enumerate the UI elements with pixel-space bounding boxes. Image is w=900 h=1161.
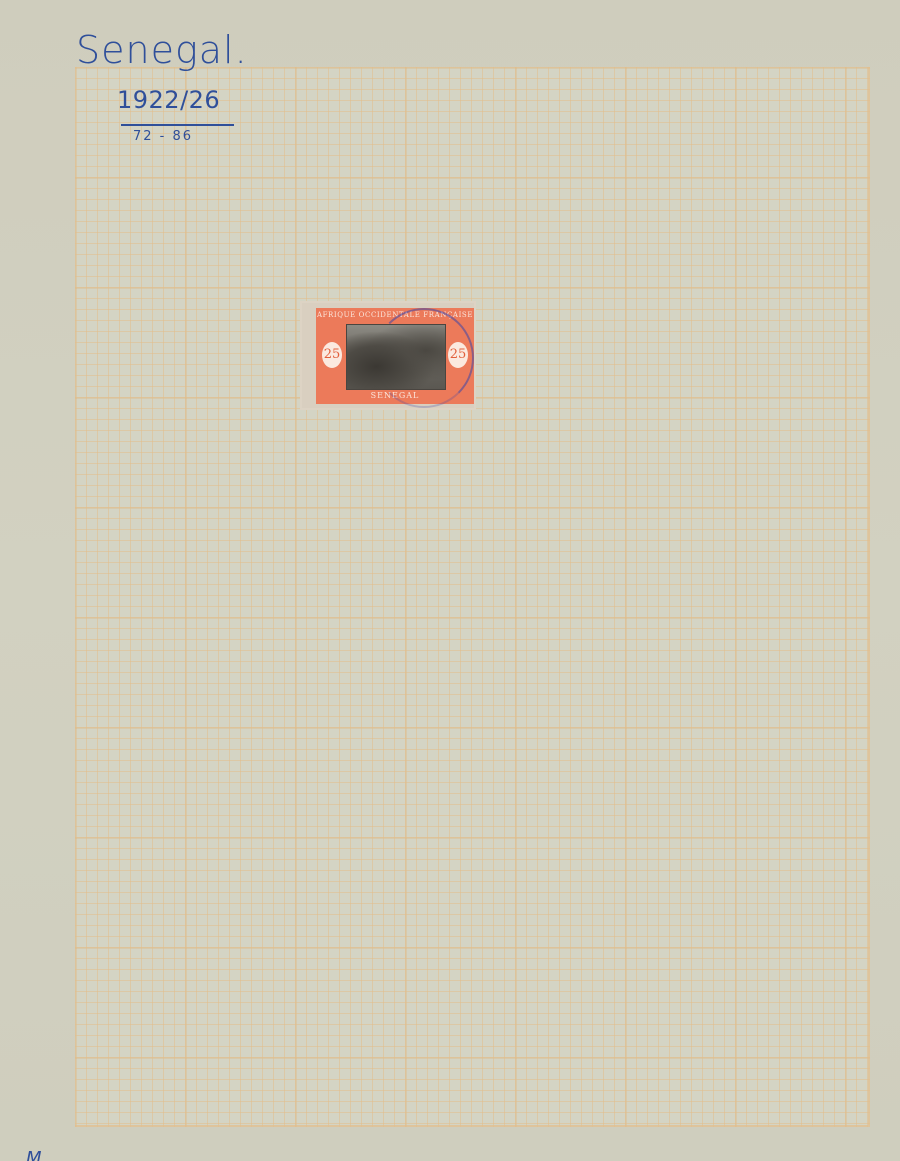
catalog-numbers: 72 - 86	[133, 129, 193, 144]
stamp-value-left: 25	[322, 342, 342, 368]
issue-years: 1922/26	[117, 86, 220, 114]
postage-stamp[interactable]: AFRIQUE OCCIDENTALE FRANÇAISE 25 25 SENE…	[302, 303, 474, 408]
underline-divider	[121, 124, 234, 126]
country-title: Senegal.	[76, 28, 248, 72]
corner-mark: M	[26, 1148, 42, 1161]
graph-paper-grid	[75, 67, 870, 1127]
postmark-cancellation-icon	[374, 308, 474, 408]
album-page: Senegal. 1922/26 72 - 86 M AFRIQUE OCCID…	[0, 0, 900, 1161]
stamp-frame: AFRIQUE OCCIDENTALE FRANÇAISE 25 25 SENE…	[316, 308, 474, 404]
